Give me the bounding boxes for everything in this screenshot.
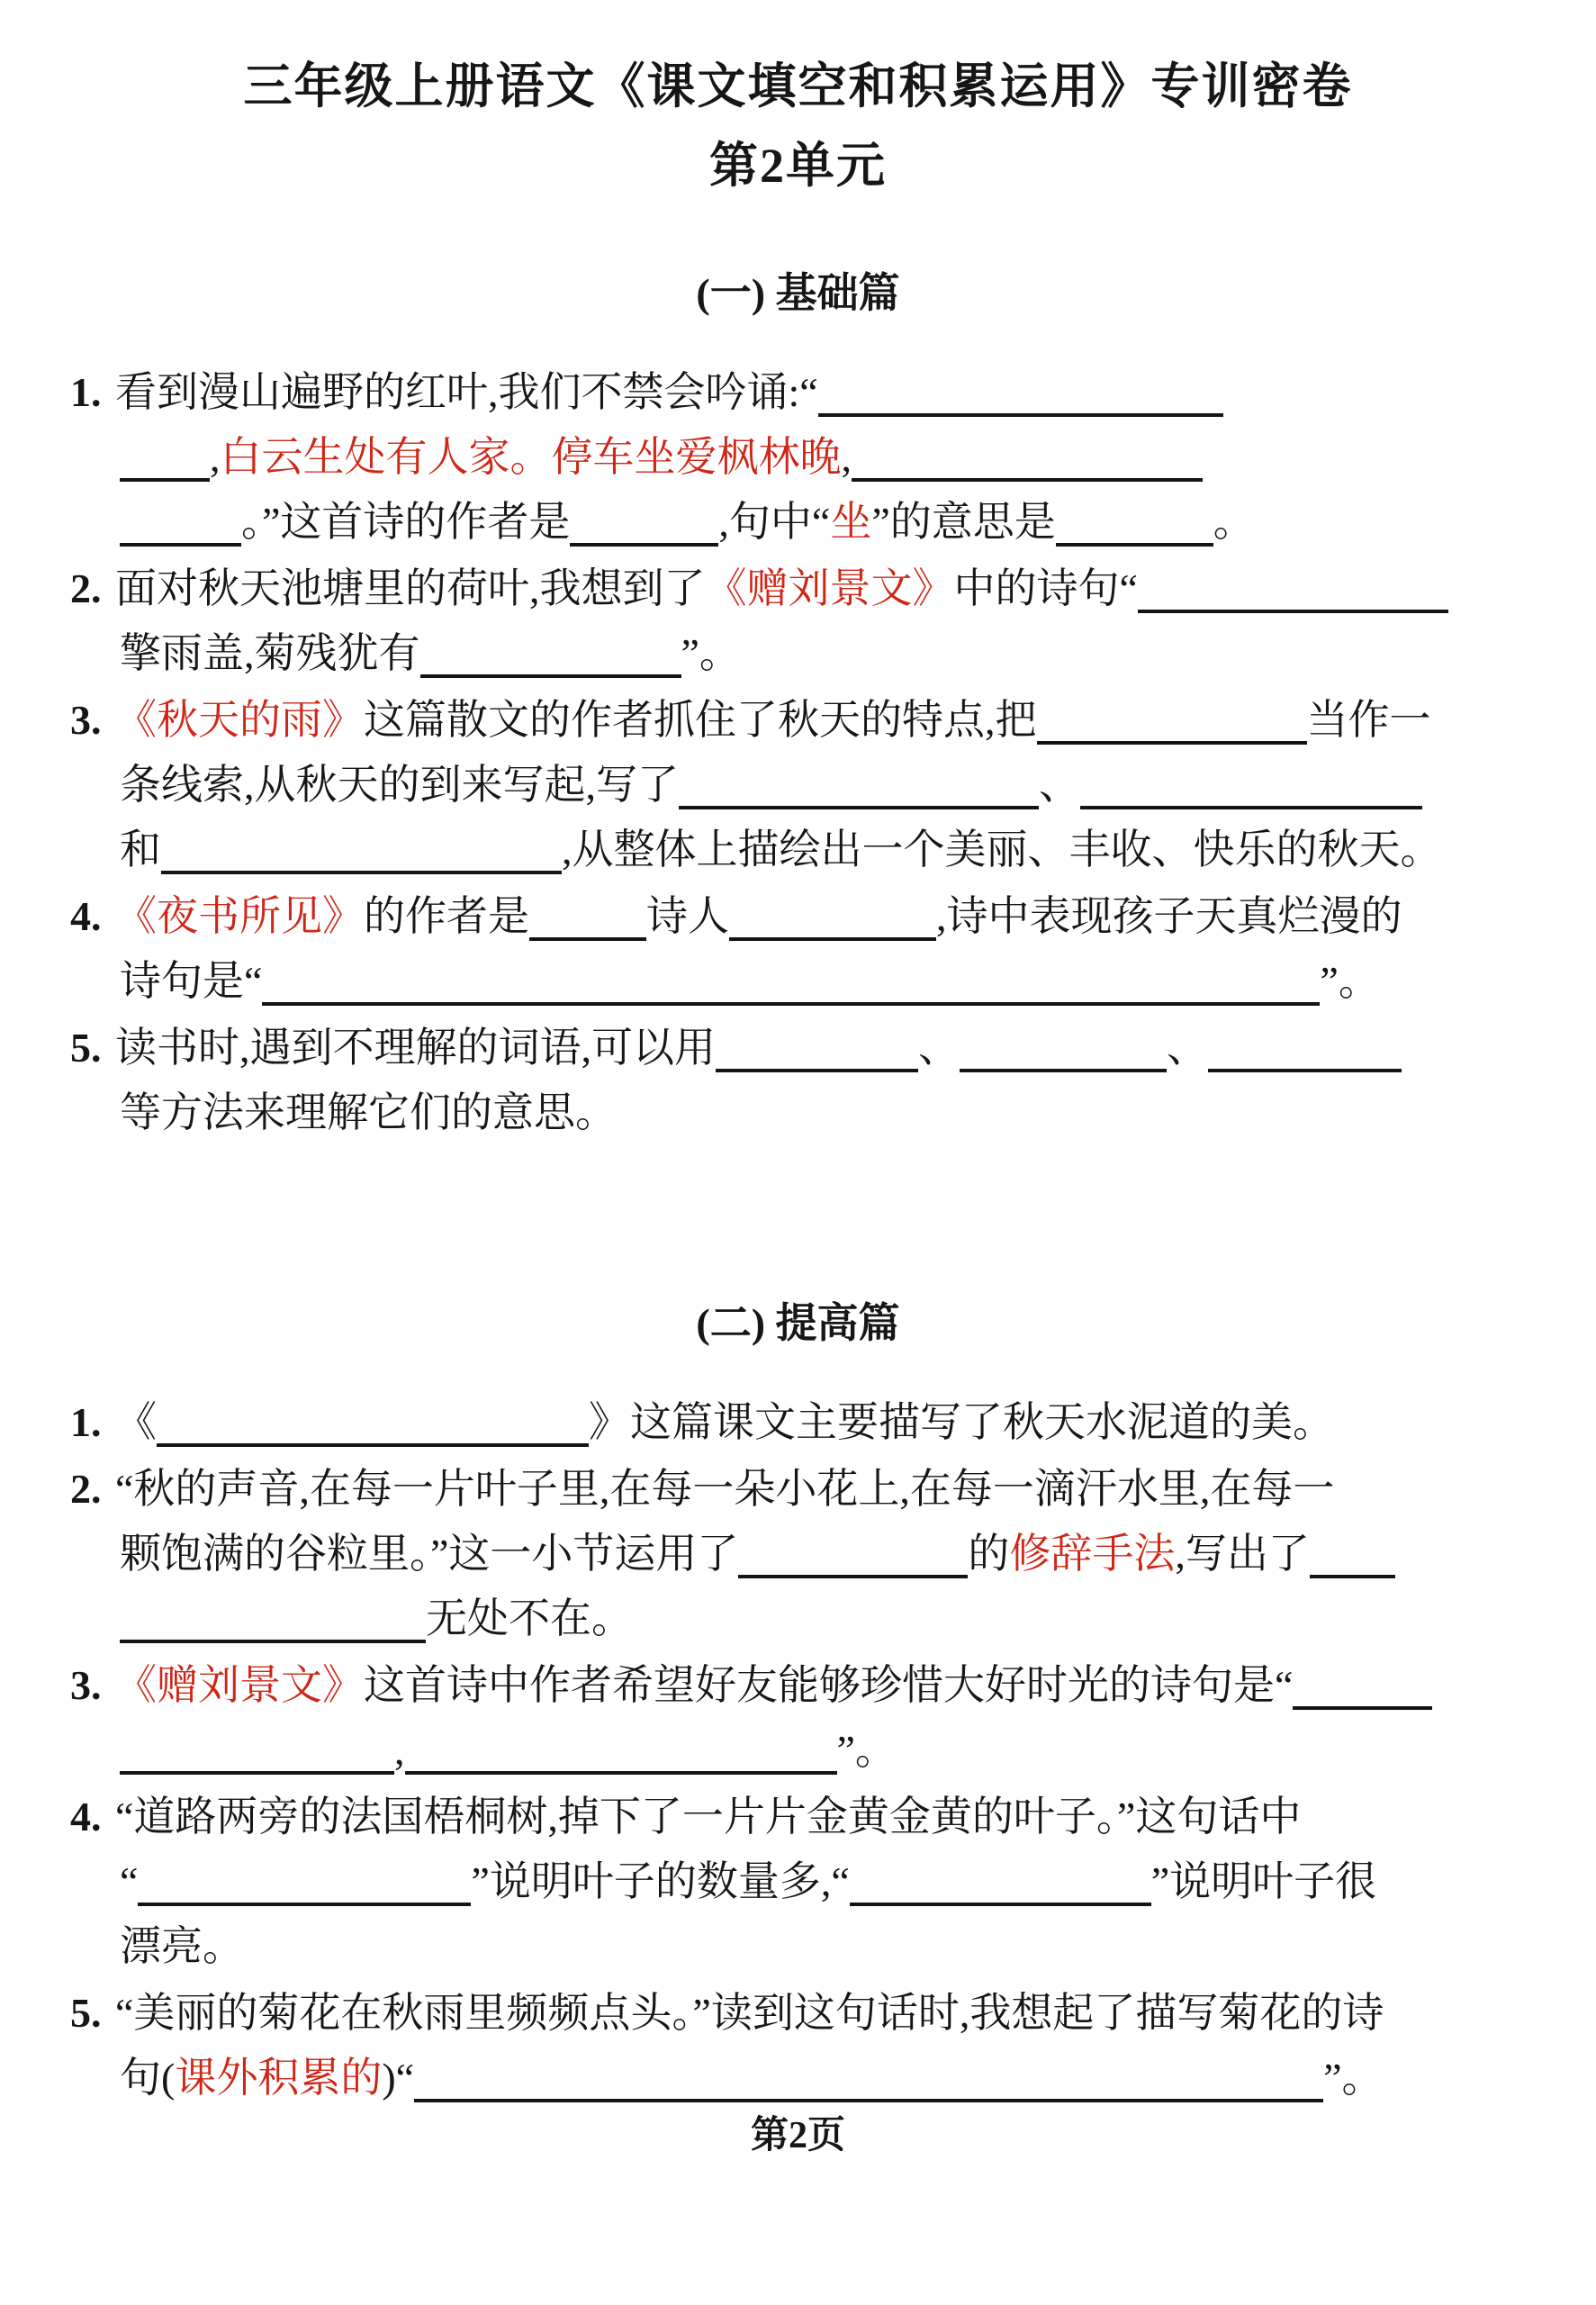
answer-blank <box>852 442 1203 482</box>
question-line: 和,从整体上描绘出一个美丽、丰收、快乐的秋天。 <box>70 818 1564 882</box>
question-text-highlight: 课外积累的 <box>175 2055 382 2101</box>
question-1-1: 1.看到漫山遍野的红叶,我们不禁会吟诵:“,白云生处有人家。停车坐爱枫林晚,。”… <box>70 360 1564 555</box>
question-text: 等方法来理解它们的意思。 <box>120 1089 617 1135</box>
question-text-highlight: 《赠刘景文》 <box>115 1662 364 1708</box>
question-text: “秋的声音,在每一片叶子里,在每一朵小花上,在每一滴汗水里,在每一 <box>115 1466 1334 1512</box>
question-number: 3. <box>70 688 115 753</box>
question-number: 2. <box>70 1457 115 1522</box>
worksheet-subtitle: 第2单元 <box>0 126 1596 205</box>
question-text: 《 <box>115 1399 157 1445</box>
question-line: 漂亮。 <box>70 1914 1564 1979</box>
section-title: (二) 提高篇 <box>0 1297 1596 1351</box>
worksheet-title: 三年级上册语文《课文填空和积累运用》专训密卷 <box>0 47 1596 126</box>
question-line: 5.“美丽的菊花在秋雨里频频点头。”读到这句话时,我想起了描写菊花的诗 <box>70 1981 1564 2046</box>
question-text: 条线索,从秋天的到来写起,写了 <box>120 762 679 808</box>
question-text: 、 <box>918 1025 960 1071</box>
question-line: 颗饱满的谷粒里。”这一小节运用了的修辞手法,写出了 <box>70 1522 1564 1586</box>
question-text: 中的诗句“ <box>954 565 1138 611</box>
answer-blank <box>157 1407 589 1447</box>
question-text: ,句中“ <box>718 499 830 545</box>
question-line: 条线索,从秋天的到来写起,写了、 <box>70 753 1564 818</box>
answer-blank <box>414 2063 1323 2102</box>
answer-blank <box>570 507 718 547</box>
question-text: 、 <box>1039 762 1080 808</box>
question-text: 面对秋天池塘里的荷叶,我想到了 <box>115 565 706 611</box>
question-text: 。 <box>1213 499 1255 545</box>
question-text: 的作者是 <box>364 893 529 939</box>
question-line: “”说明叶子的数量多,“”说明叶子很 <box>70 1849 1564 1914</box>
question-text: ”。 <box>837 1727 897 1773</box>
answer-blank <box>1037 705 1307 745</box>
answer-blank <box>262 966 1320 1006</box>
answer-blank <box>1208 1033 1402 1072</box>
question-1-2: 2.面对秋天池塘里的荷叶,我想到了《赠刘景文》中的诗句“擎雨盖,菊残犹有”。 <box>70 556 1564 686</box>
question-text: ”说明叶子很 <box>1151 1858 1376 1904</box>
question-line: 1.看到漫山遍野的红叶,我们不禁会吟诵:“ <box>70 360 1564 425</box>
section-2: (二) 提高篇1.《》这篇课文主要描写了秋天水泥道的美。2.“秋的声音,在每一片… <box>0 1297 1596 2111</box>
question-text: 当作一 <box>1307 697 1431 743</box>
answer-blank <box>1138 574 1448 613</box>
question-text: 漂亮。 <box>120 1923 244 1969</box>
question-line: 1.《》这篇课文主要描写了秋天水泥道的美。 <box>70 1390 1564 1455</box>
question-number: 3. <box>70 1653 115 1718</box>
answer-blank <box>420 638 681 678</box>
question-text-highlight: 修辞手法 <box>1009 1531 1175 1577</box>
question-line: 等方法来理解它们的意思。 <box>70 1080 1564 1145</box>
question-text: )“ <box>382 2055 414 2101</box>
answer-blank <box>1080 770 1422 809</box>
question-line: ,”。 <box>70 1718 1564 1783</box>
question-line: 句(课外积累的)“”。 <box>70 2046 1564 2111</box>
question-text: 擎雨盖,菊残犹有 <box>120 630 420 676</box>
question-text-highlight: 坐 <box>830 499 871 545</box>
question-text: 。”这首诗的作者是 <box>241 499 570 545</box>
question-2-1: 1.《》这篇课文主要描写了秋天水泥道的美。 <box>70 1390 1564 1455</box>
question-text: 诗句是“ <box>120 958 262 1004</box>
question-text: “ <box>120 1858 138 1904</box>
answer-blank <box>405 1735 837 1775</box>
section-title: (一) 基础篇 <box>0 267 1596 321</box>
question-line: 无处不在。 <box>70 1586 1564 1651</box>
question-text: 读书时,遇到不理解的词语,可以用 <box>115 1025 716 1071</box>
question-line: 诗句是“”。 <box>70 949 1564 1014</box>
answer-blank <box>679 770 1039 809</box>
question-list: 1.《》这篇课文主要描写了秋天水泥道的美。2.“秋的声音,在每一片叶子里,在每一… <box>0 1390 1596 2111</box>
question-list: 1.看到漫山遍野的红叶,我们不禁会吟诵:“,白云生处有人家。停车坐爱枫林晚,。”… <box>0 360 1596 1145</box>
question-text: ,写出了 <box>1175 1531 1310 1577</box>
question-line: 4.“道路两旁的法国梧桐树,掉下了一片片金黄金黄的叶子。”这句话中 <box>70 1785 1564 1849</box>
question-text: 这篇散文的作者抓住了秋天的特点,把 <box>364 697 1037 743</box>
answer-blank <box>960 1033 1167 1072</box>
question-2-3: 3.《赠刘景文》这首诗中作者希望好友能够珍惜大好时光的诗句是“,”。 <box>70 1653 1564 1783</box>
question-text: , <box>842 434 852 480</box>
answer-blank <box>1310 1539 1395 1578</box>
worksheet-header: 三年级上册语文《课文填空和积累运用》专训密卷 第2单元 <box>0 0 1596 205</box>
question-line: 3.《秋天的雨》这篇散文的作者抓住了秋天的特点,把当作一 <box>70 688 1564 753</box>
answer-blank <box>818 377 1223 417</box>
question-text: , <box>394 1727 405 1773</box>
question-line: 3.《赠刘景文》这首诗中作者希望好友能够珍惜大好时光的诗句是“ <box>70 1653 1564 1718</box>
question-text: ,诗中表现孩子天真烂漫的 <box>936 893 1402 939</box>
answer-blank <box>120 507 241 547</box>
question-number: 1. <box>70 1390 115 1455</box>
answer-blank <box>729 901 936 941</box>
question-text: ”。 <box>1323 2055 1383 2101</box>
question-number: 5. <box>70 1981 115 2046</box>
question-text-highlight: 白云生处有人家。停车坐爱枫林晚 <box>221 434 842 480</box>
question-text: 》这篇课文主要描写了秋天水泥道的美。 <box>589 1399 1334 1445</box>
question-2-2: 2.“秋的声音,在每一片叶子里,在每一朵小花上,在每一滴汗水里,在每一颗饱满的谷… <box>70 1457 1564 1651</box>
question-line: 5.读书时,遇到不理解的词语,可以用、、 <box>70 1016 1564 1080</box>
question-number: 5. <box>70 1016 115 1080</box>
question-text: “美丽的菊花在秋雨里频频点头。”读到这句话时,我想起了描写菊花的诗 <box>115 1990 1384 2036</box>
question-1-4: 4.《夜书所见》的作者是诗人,诗中表现孩子天真烂漫的诗句是“”。 <box>70 884 1564 1014</box>
answer-blank <box>1293 1670 1432 1710</box>
question-text: ”。 <box>1320 958 1379 1004</box>
question-text-highlight: 《赠刘景文》 <box>706 565 954 611</box>
question-text: ,从整体上描绘出一个美丽、丰收、快乐的秋天。 <box>562 827 1442 872</box>
question-number: 2. <box>70 556 115 621</box>
question-text: 和 <box>120 827 161 872</box>
question-text: 的 <box>968 1531 1009 1577</box>
question-line: 2.“秋的声音,在每一片叶子里,在每一朵小花上,在每一滴汗水里,在每一 <box>70 1457 1564 1522</box>
question-line: 2.面对秋天池塘里的荷叶,我想到了《赠刘景文》中的诗句“ <box>70 556 1564 621</box>
question-2-4: 4.“道路两旁的法国梧桐树,掉下了一片片金黄金黄的叶子。”这句话中“”说明叶子的… <box>70 1785 1564 1979</box>
answer-blank <box>738 1539 968 1578</box>
answer-blank <box>850 1867 1151 1906</box>
question-number: 1. <box>70 360 115 425</box>
question-line: 4.《夜书所见》的作者是诗人,诗中表现孩子天真烂漫的 <box>70 884 1564 949</box>
page-number: 第2页 <box>0 2112 1596 2159</box>
section-1: (一) 基础篇1.看到漫山遍野的红叶,我们不禁会吟诵:“,白云生处有人家。停车坐… <box>0 267 1596 1145</box>
question-line: 。”这首诗的作者是,句中“坐”的意思是。 <box>70 490 1564 555</box>
question-text-highlight: 《秋天的雨》 <box>115 697 364 743</box>
question-1-5: 5.读书时,遇到不理解的词语,可以用、、等方法来理解它们的意思。 <box>70 1016 1564 1145</box>
question-text: 、 <box>1167 1025 1208 1071</box>
sections: (一) 基础篇1.看到漫山遍野的红叶,我们不禁会吟诵:“,白云生处有人家。停车坐… <box>0 267 1596 2111</box>
answer-blank <box>120 1735 394 1775</box>
question-text: 句( <box>120 2055 175 2101</box>
question-text: , <box>210 434 221 480</box>
answer-blank <box>161 835 562 874</box>
question-text: ”说明叶子的数量多,“ <box>471 1858 849 1904</box>
question-number: 4. <box>70 1785 115 1849</box>
question-text: 无处不在。 <box>426 1595 633 1641</box>
question-text: 颗饱满的谷粒里。”这一小节运用了 <box>120 1531 738 1577</box>
worksheet-page: 三年级上册语文《课文填空和积累运用》专训密卷 第2单元 (一) 基础篇1.看到漫… <box>0 0 1596 2305</box>
question-text: ”的意思是 <box>871 499 1055 545</box>
answer-blank <box>529 901 646 941</box>
question-text: 诗人 <box>646 893 729 939</box>
question-2-5: 5.“美丽的菊花在秋雨里频频点头。”读到这句话时,我想起了描写菊花的诗句(课外积… <box>70 1981 1564 2111</box>
question-text: ”。 <box>681 630 741 676</box>
answer-blank <box>120 442 210 482</box>
question-line: ,白云生处有人家。停车坐爱枫林晚, <box>70 425 1564 490</box>
question-text: “道路两旁的法国梧桐树,掉下了一片片金黄金黄的叶子。”这句话中 <box>115 1794 1301 1839</box>
question-text-highlight: 《夜书所见》 <box>115 893 364 939</box>
question-1-3: 3.《秋天的雨》这篇散文的作者抓住了秋天的特点,把当作一条线索,从秋天的到来写起… <box>70 688 1564 882</box>
answer-blank <box>120 1604 426 1643</box>
question-text: 这首诗中作者希望好友能够珍惜大好时光的诗句是“ <box>364 1662 1293 1708</box>
question-line: 擎雨盖,菊残犹有”。 <box>70 621 1564 686</box>
answer-blank <box>716 1033 918 1072</box>
answer-blank <box>1056 507 1213 547</box>
question-number: 4. <box>70 884 115 949</box>
answer-blank <box>138 1867 471 1906</box>
question-text: 看到漫山遍野的红叶,我们不禁会吟诵:“ <box>115 369 818 415</box>
